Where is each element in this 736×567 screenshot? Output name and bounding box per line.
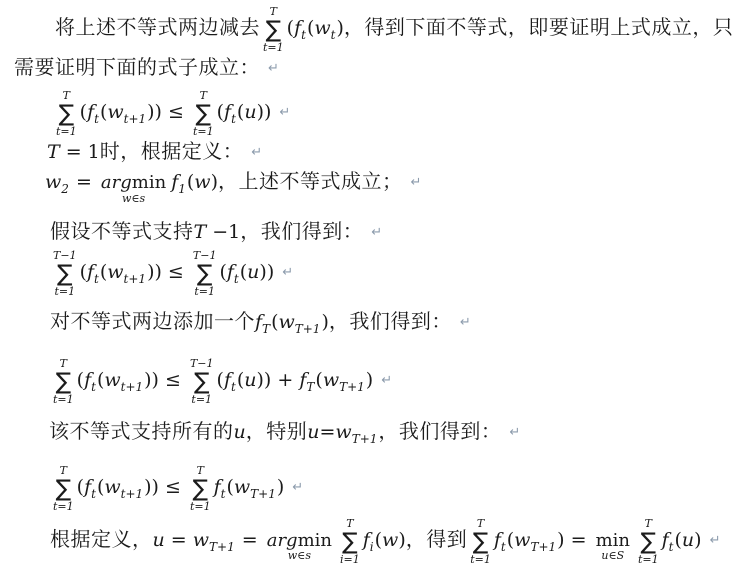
- math-subscript: t: [231, 380, 236, 394]
- math-var: f: [363, 529, 370, 551]
- text-base-case: T = 1时，根据定义：↵: [47, 140, 262, 165]
- math-var: f: [87, 261, 94, 283]
- formula-u-equals-wT1: T∑t=1(ft(wt+1)) ≤ T∑t=1ft(wT+1)↵: [50, 465, 303, 513]
- math-symbol: )) ≤: [147, 261, 190, 283]
- math-var: w: [234, 476, 250, 498]
- min-operator: argminw∈s: [267, 530, 332, 553]
- math-symbol: )) ≤: [144, 476, 187, 498]
- math-subscript: t: [91, 380, 96, 394]
- text-add-term: 对不等式两边添加一个fT(wT+1)，我们得到：↵: [50, 310, 471, 335]
- math-var: f: [662, 529, 669, 551]
- formula-add-fT: T∑t=1(ft(wt+1)) ≤ T−1∑t=1(ft(u)) + fT(wT…: [50, 358, 392, 406]
- math-subscript: T: [262, 322, 270, 336]
- sum-lower-limit: t=1: [54, 286, 75, 298]
- math-symbol: =: [320, 421, 336, 443]
- sigma-icon: ∑: [193, 477, 209, 501]
- text-all-u: 该不等式支持所有的u，特别u=wT+1，我们得到：↵: [49, 420, 520, 445]
- cjk-text: ，我们得到：: [240, 221, 363, 243]
- math-var: w: [278, 311, 294, 333]
- sum-operator: T∑t=1: [190, 465, 211, 513]
- math-var: T: [194, 221, 207, 243]
- cjk-text: 需要证明下面的式子成立：: [14, 57, 260, 79]
- text-induction-hypothesis: 假设不等式支持T −1，我们得到：↵: [50, 220, 382, 245]
- math-symbol: (: [217, 369, 224, 391]
- sigma-icon: ∑: [59, 102, 75, 126]
- sum-operator: T∑t=1: [193, 90, 214, 138]
- math-symbol: (: [226, 476, 233, 498]
- math-var: T: [47, 141, 60, 163]
- cjk-text: ，我们得到：: [329, 311, 452, 333]
- math-var: w: [193, 529, 209, 551]
- math-subscript: t: [221, 487, 226, 501]
- sum-operator: T∑i=1: [340, 518, 360, 566]
- cjk-text: 该不等式支持所有的: [49, 421, 234, 443]
- math-subscript: T: [306, 380, 314, 394]
- paragraph-mark: ↵: [268, 61, 279, 76]
- math-subscript: i: [370, 540, 374, 554]
- cjk-text: 将上述不等式两边减去: [55, 17, 260, 39]
- math-subscript: t+1: [124, 272, 147, 286]
- math-var: w: [194, 171, 210, 193]
- sigma-icon: ∑: [473, 530, 489, 554]
- math-symbol: =: [236, 529, 264, 551]
- min-operator: minu∈S: [596, 530, 630, 553]
- math-var: u: [153, 529, 165, 551]
- math-symbol: )) ≤: [147, 101, 190, 123]
- formula-main-inequality: T∑t=1(ft(wt+1)) ≤ T∑t=1(ft(u))↵: [53, 90, 290, 138]
- paragraph-mark: ↵: [279, 105, 290, 120]
- math-subscript: T+1: [295, 322, 321, 336]
- math-subscript: T+1: [352, 432, 378, 446]
- operator-prefix: arg: [267, 530, 298, 551]
- paragraph-mark: ↵: [460, 315, 471, 330]
- formula-w2-argmin: w2 = argminw∈sf1(w)，上述不等式成立；↵: [45, 170, 421, 195]
- math-var: u: [307, 421, 319, 443]
- math-symbol: −1: [206, 221, 240, 243]
- cjk-text: ，上述不等式成立；: [218, 171, 403, 193]
- sum-lower-limit: t=1: [56, 126, 77, 138]
- math-var: f: [227, 261, 234, 283]
- math-symbol: = 1: [60, 141, 100, 163]
- sum-lower-limit: t=1: [194, 286, 215, 298]
- sigma-icon: ∑: [641, 530, 657, 554]
- math-symbol: ): [336, 17, 343, 39]
- math-subscript: t: [231, 112, 236, 126]
- math-subscript: t: [94, 112, 99, 126]
- math-symbol: (: [675, 529, 682, 551]
- math-symbol: )): [259, 261, 274, 283]
- math-var: w: [314, 17, 330, 39]
- math-subscript: t+1: [121, 487, 144, 501]
- para-intro-line-1: 将上述不等式两边减去T∑t=1(ft(wt)，得到下面不等式，即要证明上式成立，…: [55, 6, 733, 54]
- sum-operator: T∑t=1: [263, 6, 284, 54]
- math-var: f: [255, 311, 262, 333]
- math-var: f: [214, 476, 221, 498]
- cjk-text: ，得到: [406, 529, 468, 551]
- math-symbol: ) =: [557, 529, 592, 551]
- cjk-text: 假设不等式支持: [50, 221, 194, 243]
- math-symbol: ): [277, 476, 284, 498]
- paragraph-mark: ↵: [509, 425, 520, 440]
- math-symbol: =: [165, 529, 193, 551]
- sum-operator: T∑t=1: [638, 518, 659, 566]
- paragraph-mark: ↵: [292, 480, 303, 495]
- sum-lower-limit: i=1: [340, 554, 360, 566]
- sigma-icon: ∑: [196, 102, 212, 126]
- math-subscript: t: [669, 540, 674, 554]
- paragraph-mark: ↵: [381, 373, 392, 388]
- math-var: w: [382, 529, 398, 551]
- paragraph-mark: ↵: [251, 145, 262, 160]
- math-var: w: [107, 261, 123, 283]
- math-symbol: =: [70, 171, 98, 193]
- min-operator: argminw∈s: [101, 172, 166, 195]
- cjk-text: 对不等式两边添加一个: [50, 311, 255, 333]
- sum-lower-limit: t=1: [190, 501, 211, 513]
- cjk-text: 时，根据定义：: [100, 141, 244, 163]
- sum-lower-limit: t=1: [193, 126, 214, 138]
- operator-name: min: [132, 172, 166, 193]
- math-symbol: )) ≤: [144, 369, 187, 391]
- math-subscript: T+1: [339, 380, 365, 394]
- sum-lower-limit: t=1: [470, 554, 491, 566]
- math-subscript: T+1: [209, 540, 235, 554]
- formula-induction-T-minus-1: T−1∑t=1(ft(wt+1)) ≤ T−1∑t=1(ft(u))↵: [50, 250, 293, 298]
- math-subscript: t+1: [124, 112, 147, 126]
- sigma-icon: ∑: [197, 262, 213, 286]
- paragraph-mark: ↵: [410, 175, 421, 190]
- math-symbol: (: [77, 476, 84, 498]
- math-symbol: ): [211, 171, 218, 193]
- math-symbol: (: [375, 529, 382, 551]
- paragraph-mark: ↵: [710, 533, 721, 548]
- math-var: u: [682, 529, 694, 551]
- sum-operator: T∑t=1: [53, 358, 74, 406]
- sum-operator: T∑t=1: [56, 90, 77, 138]
- math-symbol: ): [321, 311, 328, 333]
- sum-lower-limit: t=1: [53, 501, 74, 513]
- math-var: w: [514, 529, 530, 551]
- operator-name: min: [596, 530, 630, 551]
- math-var: u: [244, 101, 256, 123]
- math-var: w: [45, 171, 61, 193]
- paragraph-mark: ↵: [371, 225, 382, 240]
- math-var: u: [234, 421, 246, 443]
- math-symbol: (: [287, 17, 294, 39]
- math-var: u: [244, 369, 256, 391]
- sigma-icon: ∑: [194, 370, 210, 394]
- math-symbol: ): [398, 529, 405, 551]
- math-subscript: T+1: [530, 540, 556, 554]
- math-symbol: ): [694, 529, 701, 551]
- cjk-text: ，我们得到：: [378, 421, 501, 443]
- math-var: f: [494, 529, 501, 551]
- math-subscript: t: [301, 28, 306, 42]
- para-intro-line-2: 需要证明下面的式子成立：↵: [14, 56, 279, 81]
- sum-operator: T−1∑t=1: [53, 250, 77, 298]
- document-page: 将上述不等式两边减去T∑t=1(ft(wt)，得到下面不等式，即要证明上式成立，…: [0, 0, 736, 567]
- math-symbol: )) +: [257, 369, 300, 391]
- sum-lower-limit: t=1: [191, 394, 212, 406]
- math-symbol: (: [315, 369, 322, 391]
- cjk-text: ，得到下面不等式，即要证明上式成立，只: [344, 17, 734, 39]
- math-symbol: (: [80, 101, 87, 123]
- sum-lower-limit: t=1: [263, 42, 284, 54]
- operator-under-limit: w∈s: [288, 549, 311, 563]
- text-conclusion: 根据定义，u = wT+1 = argminw∈sT∑i=1fi(w)，得到T∑…: [50, 518, 721, 566]
- math-symbol: )): [257, 101, 272, 123]
- sum-operator: T−1∑t=1: [190, 358, 214, 406]
- math-var: w: [335, 421, 351, 443]
- operator-under-limit: w∈s: [122, 192, 145, 206]
- paragraph-mark: ↵: [282, 265, 293, 280]
- math-var: w: [104, 476, 120, 498]
- operator-prefix: arg: [101, 172, 132, 193]
- math-symbol: (: [219, 261, 226, 283]
- math-var: w: [323, 369, 339, 391]
- cjk-text: ，特别: [246, 421, 308, 443]
- math-subscript: t: [501, 540, 506, 554]
- sigma-icon: ∑: [56, 477, 72, 501]
- sigma-icon: ∑: [56, 370, 72, 394]
- math-symbol: (: [80, 261, 87, 283]
- cjk-text: 根据定义，: [50, 529, 153, 551]
- sigma-icon: ∑: [266, 18, 282, 42]
- operator-under-limit: u∈S: [601, 549, 624, 563]
- math-subscript: t: [331, 28, 336, 42]
- sum-operator: T∑t=1: [470, 518, 491, 566]
- sum-lower-limit: t=1: [638, 554, 659, 566]
- math-subscript: t: [234, 272, 239, 286]
- math-subscript: 2: [61, 182, 69, 196]
- math-subscript: t: [94, 272, 99, 286]
- math-var: w: [104, 369, 120, 391]
- sum-operator: T∑t=1: [53, 465, 74, 513]
- math-symbol: (: [217, 101, 224, 123]
- math-var: u: [247, 261, 259, 283]
- math-subscript: t: [91, 487, 96, 501]
- math-symbol: ): [366, 369, 373, 391]
- math-subscript: 1: [178, 182, 186, 196]
- sum-operator: T−1∑t=1: [193, 250, 217, 298]
- math-var: w: [107, 101, 123, 123]
- math-subscript: t+1: [121, 380, 144, 394]
- math-var: f: [224, 369, 231, 391]
- sigma-icon: ∑: [57, 262, 73, 286]
- math-subscript: T+1: [250, 487, 276, 501]
- sum-lower-limit: t=1: [53, 394, 74, 406]
- operator-name: min: [298, 530, 332, 551]
- math-symbol: (: [77, 369, 84, 391]
- sigma-icon: ∑: [342, 530, 358, 554]
